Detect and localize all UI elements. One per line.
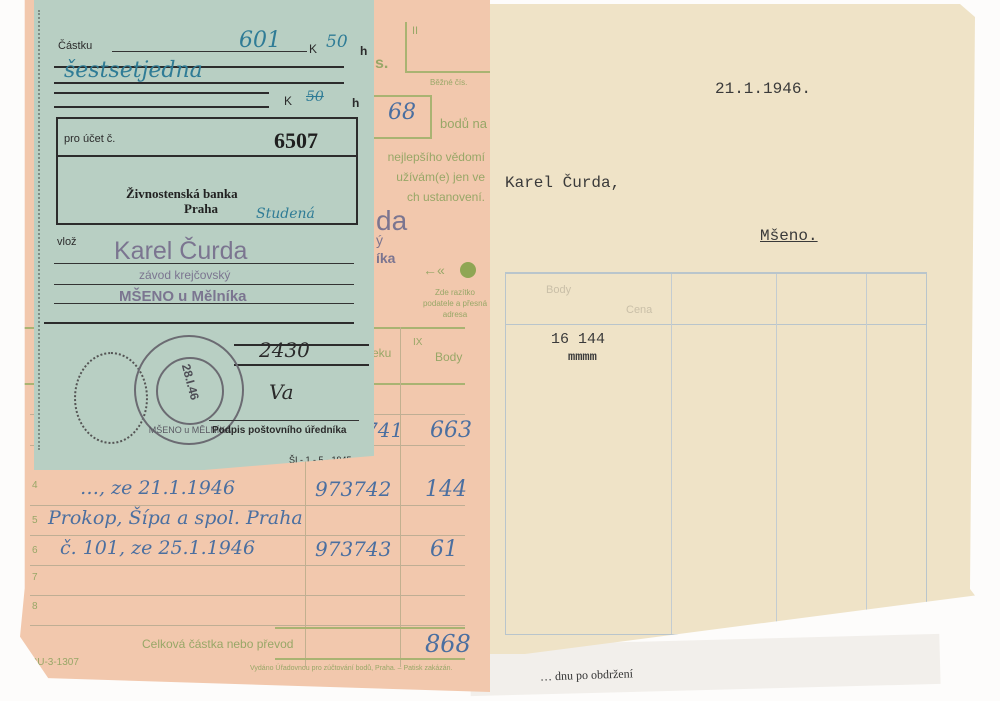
col-body: Body — [435, 350, 462, 364]
k2-label: K — [284, 94, 292, 108]
sender-name-stamp: Karel Čurda — [114, 237, 247, 266]
col-II: II — [412, 25, 418, 37]
row-body: 61 — [430, 537, 458, 562]
h2-value: 50 — [306, 89, 324, 105]
row-body: 144 — [425, 477, 467, 502]
clerk-initials: Va — [269, 380, 294, 404]
h2-label: h — [352, 96, 359, 110]
row-number: 4 — [32, 480, 38, 491]
green-dot-icon — [460, 262, 476, 278]
sender-trade-stamp: závod krejčovský — [139, 268, 230, 282]
letter-date: 21.1.1946. — [715, 80, 811, 98]
sender-town-stamp: MŠENO u Mělníka — [119, 288, 247, 305]
vloz-label: vlož — [57, 236, 77, 248]
account-label: pro účet č. — [64, 133, 115, 145]
form-code: RU-3-1307 — [30, 657, 79, 668]
h-label: h — [360, 44, 367, 58]
stamp-partial-trade: ý — [376, 232, 383, 248]
letter-table: Body Cena 16 144 mmmm — [505, 272, 927, 635]
k-label: K — [309, 42, 317, 56]
points-handwritten: 68 — [388, 100, 416, 125]
amount-korun: 601 — [239, 28, 281, 53]
publisher-line: Vydáno Úřadovnou pro zúčtování bodů, Pra… — [250, 665, 452, 672]
stamp-partial-town: íka — [376, 250, 395, 266]
bodu-na-label: bodů na — [440, 116, 487, 131]
letter-amount-sub: mmmm — [568, 350, 597, 364]
col-marker-s: s. — [375, 55, 388, 73]
row-number: 6 — [32, 545, 38, 556]
amount-in-words: šestsetjedna — [64, 58, 203, 83]
handwritten-note: Studená — [256, 206, 315, 222]
col-IX: IX — [413, 337, 422, 348]
row-description: Prokop, Šípa a spol. Praha — [48, 507, 303, 529]
row-description: …, ze 21.1.1946 — [80, 477, 235, 499]
row-cislo: 973742 — [315, 477, 391, 501]
total-label: Celková částka nebo převod — [142, 637, 293, 651]
ghost-header-cena: Cena — [626, 304, 652, 316]
account-number: 6507 — [274, 128, 318, 154]
row-body: 663 — [430, 418, 472, 443]
declaration-text: nejlepšího vědomí užívám(e) jen ve ch us… — [380, 147, 485, 207]
row-number: 5 — [32, 515, 38, 526]
row-number-8: 8 — [32, 601, 38, 612]
stamp-instruction: Zde razítko podatele a přesná adresa — [415, 287, 495, 320]
clerk-signature-label: Podpis poštovního úředníka — [212, 425, 346, 436]
letter-town: Mšeno. — [760, 227, 818, 245]
bank-city: Praha — [184, 201, 218, 217]
row-number-7: 7 — [32, 572, 38, 583]
amount-haleru: 50 — [326, 32, 348, 52]
perforation-edge — [38, 10, 46, 450]
col-eku: eku — [372, 346, 391, 360]
bank-name: Živnostenská banka — [126, 186, 238, 202]
letter-recipient: Karel Čurda, — [505, 174, 620, 192]
arrow-left-icon: ←« — [423, 262, 445, 278]
castku-label: Částku — [58, 40, 92, 52]
row-description: č. 101, ze 25.1.1946 — [60, 537, 255, 559]
receipt-number: 2430 — [259, 338, 310, 362]
total-value: 868 — [425, 630, 471, 658]
bezne-cis-label: Běžné čís. — [430, 78, 467, 87]
row-cislo: 973743 — [315, 537, 391, 561]
postal-receipt-slip: Částku 601 K 50 h šestsetjedna K 50 h pr… — [34, 0, 374, 470]
letter-amount: 16 144 — [551, 331, 605, 348]
ghost-header-body: Body — [546, 284, 571, 296]
typed-letter: 21.1.1946. Karel Čurda, Mšeno. Body Cena… — [475, 4, 975, 654]
